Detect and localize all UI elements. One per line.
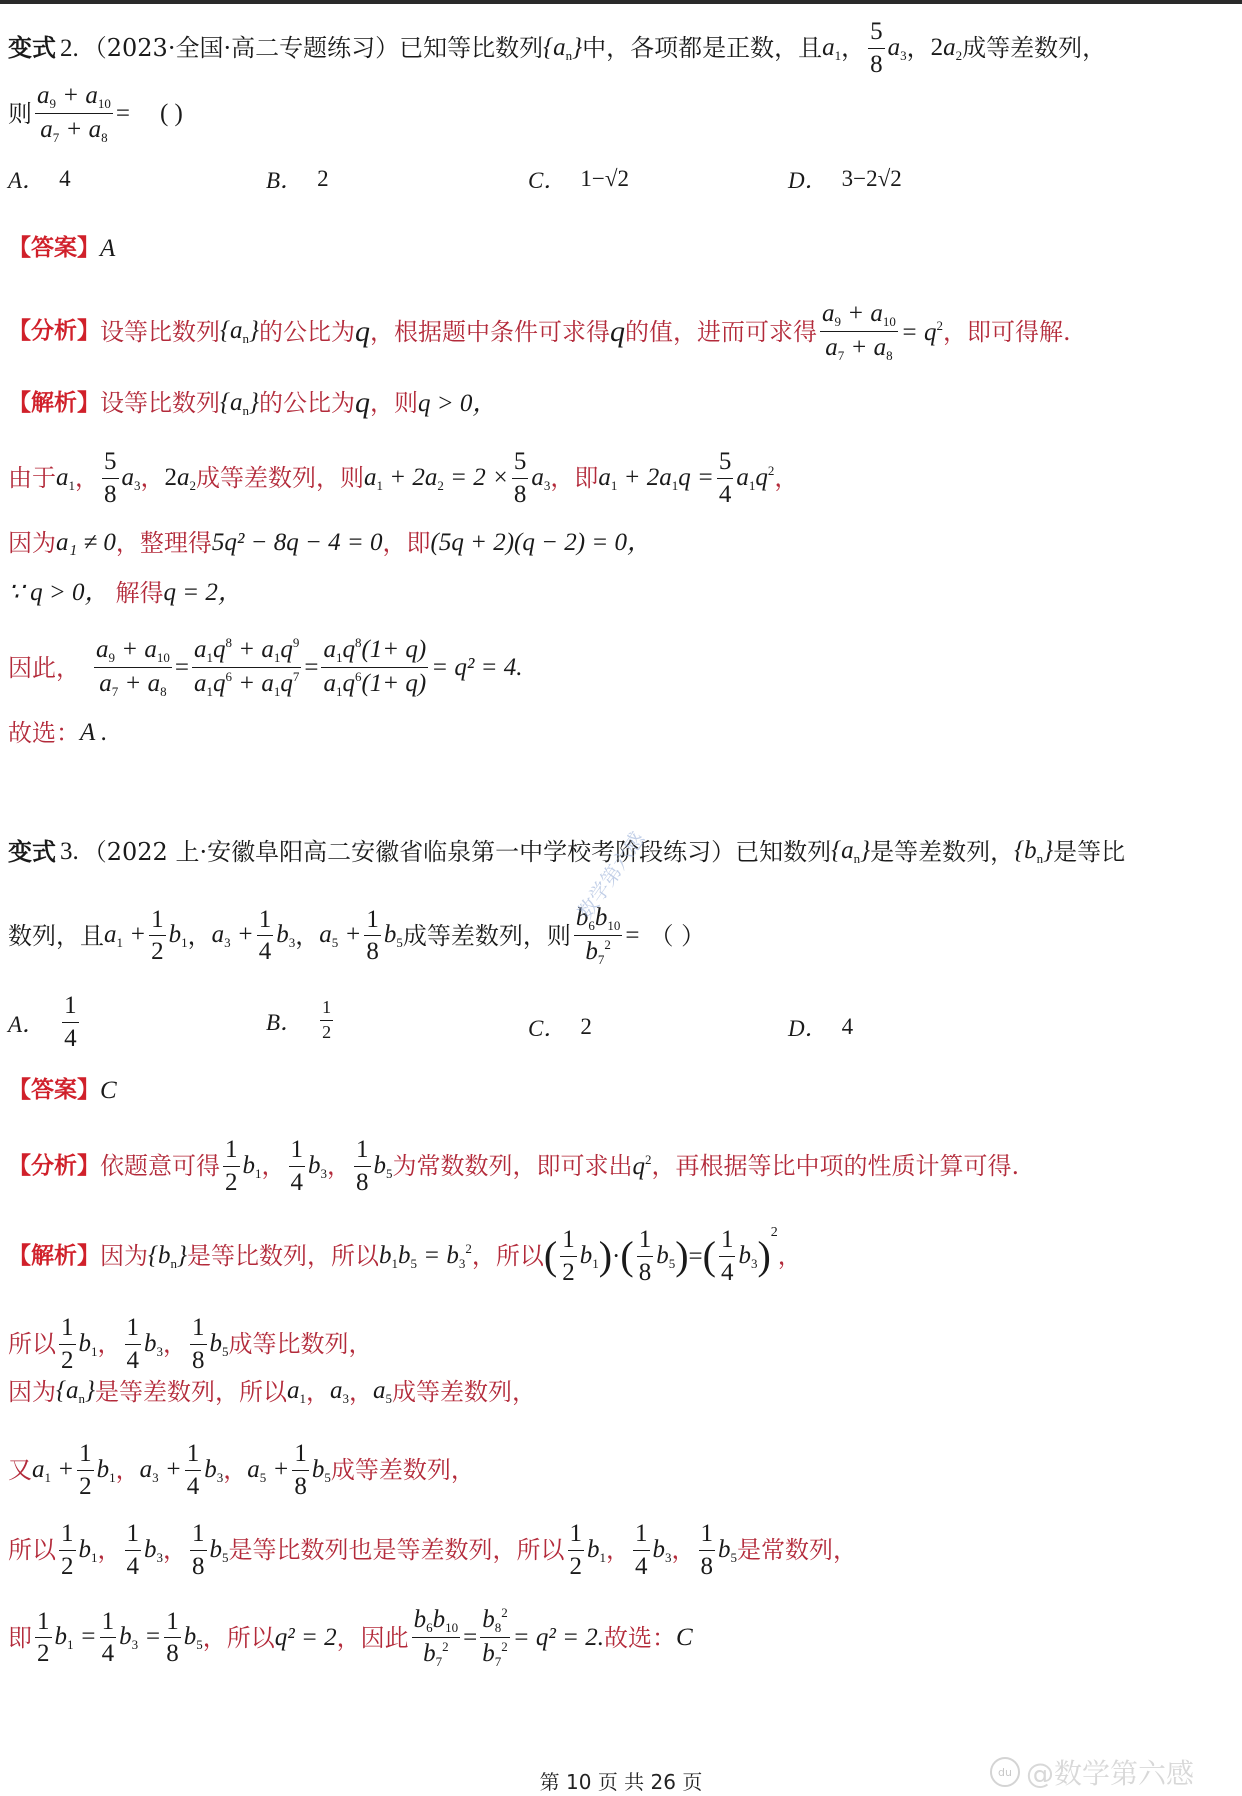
q3-solution-line5: 所以 12b1， 14b3， 18b5 是等比数列也是等差数列，所以 12b1，… bbox=[8, 1520, 857, 1580]
q2-solution-line3: 因为 a₁ ≠ 0 ，整理得 5q² − 8q − 4 = 0 ，即 (5q +… bbox=[8, 530, 652, 555]
q3-analysis: 【分析】 依题意可得 12b1， 14b3， 18b5 为常数数列，即可求出 q… bbox=[8, 1136, 1019, 1196]
q2-options: A．4 B．2 C．1−√2 D．3−2√2 bbox=[8, 162, 1008, 192]
answer-blank: （ ） bbox=[649, 924, 705, 948]
q2-answer: 【答案】 A bbox=[8, 236, 115, 261]
q2-option-d[interactable]: D．3−2√2 bbox=[788, 162, 902, 195]
q2-solution-line5: 因此， a9 + a10a7 + a8 = a1q8 + a1q9a1q6 + … bbox=[8, 636, 523, 700]
answer-blank: ( ) bbox=[160, 101, 183, 126]
q2-option-b[interactable]: B．2 bbox=[266, 162, 329, 195]
q3-solution-line3: 因为 {an} 是等差数列，所以 a1， a3， a5 成等差数列， bbox=[8, 1378, 536, 1405]
math-a1: a1 bbox=[822, 35, 841, 62]
q2-label: 变式 bbox=[8, 36, 56, 60]
q3-solution-line6: 即 12b1 = 14b3 = 18b5 ，所以 q² = 2 ，因此 b6b1… bbox=[8, 1606, 693, 1670]
page-footer: 第 10 页 共 26 页 bbox=[0, 1766, 1242, 1795]
q2-stem-line1: 变式 2. （2023·全国·高二专题练习） 已知等比数列 {an} 中，各项都… bbox=[8, 18, 1106, 78]
q2-solution-line4: ∵ q > 0， 解得 q = 2， bbox=[8, 580, 243, 605]
q3-solution-line4: 又 a1 +12b1， a3 +14b3， a5 +18b5 成等差数列， bbox=[8, 1440, 475, 1500]
q2-source: （2023·全国·高二专题练习） bbox=[83, 36, 399, 60]
q2-option-c[interactable]: C．1−√2 bbox=[528, 162, 629, 195]
ratio-fraction: a9 + a10 a7 + a8 bbox=[35, 82, 113, 146]
q3-solution-line1: 【解析】 因为 {bn} 是等比数列，所以 b1b5 = b32 ，所以 (12… bbox=[8, 1226, 802, 1286]
q3-answer: 【答案】 C bbox=[8, 1078, 117, 1103]
q2-seq: {an} bbox=[543, 35, 582, 62]
total-pages: 26 bbox=[651, 1770, 676, 1794]
q2-analysis: 【分析】 设等比数列 {an} 的公比为 q ，根据题中条件可求得 q 的值，进… bbox=[8, 300, 1071, 364]
q3-stem-line2: 数列，且 a1 + 12b1， a3 + 14b3， a5 + 18b5 成等差… bbox=[8, 904, 705, 968]
q3-option-a[interactable]: A．14 bbox=[8, 992, 82, 1052]
q2-stem-1: 已知等比数列 bbox=[399, 36, 543, 60]
current-page: 10 bbox=[566, 1770, 591, 1794]
page-top-border bbox=[0, 0, 1242, 4]
q2-stem-3: 成等差数列， bbox=[962, 36, 1106, 60]
q2-option-a[interactable]: A．4 bbox=[8, 162, 71, 195]
q3-option-b[interactable]: B．12 bbox=[266, 998, 336, 1043]
q2-stem-line2: 则 a9 + a10 a7 + a8 = ( ) bbox=[8, 82, 183, 146]
frac-5-8: 58 bbox=[868, 18, 885, 78]
q3-option-c[interactable]: C．2 bbox=[528, 1010, 592, 1043]
q2-solution-line6: 故选： A . bbox=[8, 720, 107, 745]
q2-number: 2. bbox=[60, 36, 79, 61]
q2-solution-line1: 【解析】 设等比数列 {an} 的公比为 q ，则 q > 0， bbox=[8, 388, 497, 418]
q3-options: A．14 B．12 C．2 D．4 bbox=[8, 986, 1008, 1056]
q2-solution-line2: 由于 a1， 58a3， 2a2 成等差数列，则 a1 + 2a2 = 2 × … bbox=[8, 448, 798, 508]
q2-answer-value: A bbox=[100, 236, 115, 261]
q2-stem-2: 中，各项都是正数，且 bbox=[582, 36, 822, 60]
q3-option-d[interactable]: D．4 bbox=[788, 1010, 853, 1043]
q3-solution-line2: 所以 12b1， 14b3， 18b5 成等比数列， bbox=[8, 1314, 373, 1374]
q3-stem-line1: 变式 3. （2022 上·安徽阜阳高二安徽省临泉第一中学校考阶段练习） 已知数… bbox=[8, 838, 1125, 865]
